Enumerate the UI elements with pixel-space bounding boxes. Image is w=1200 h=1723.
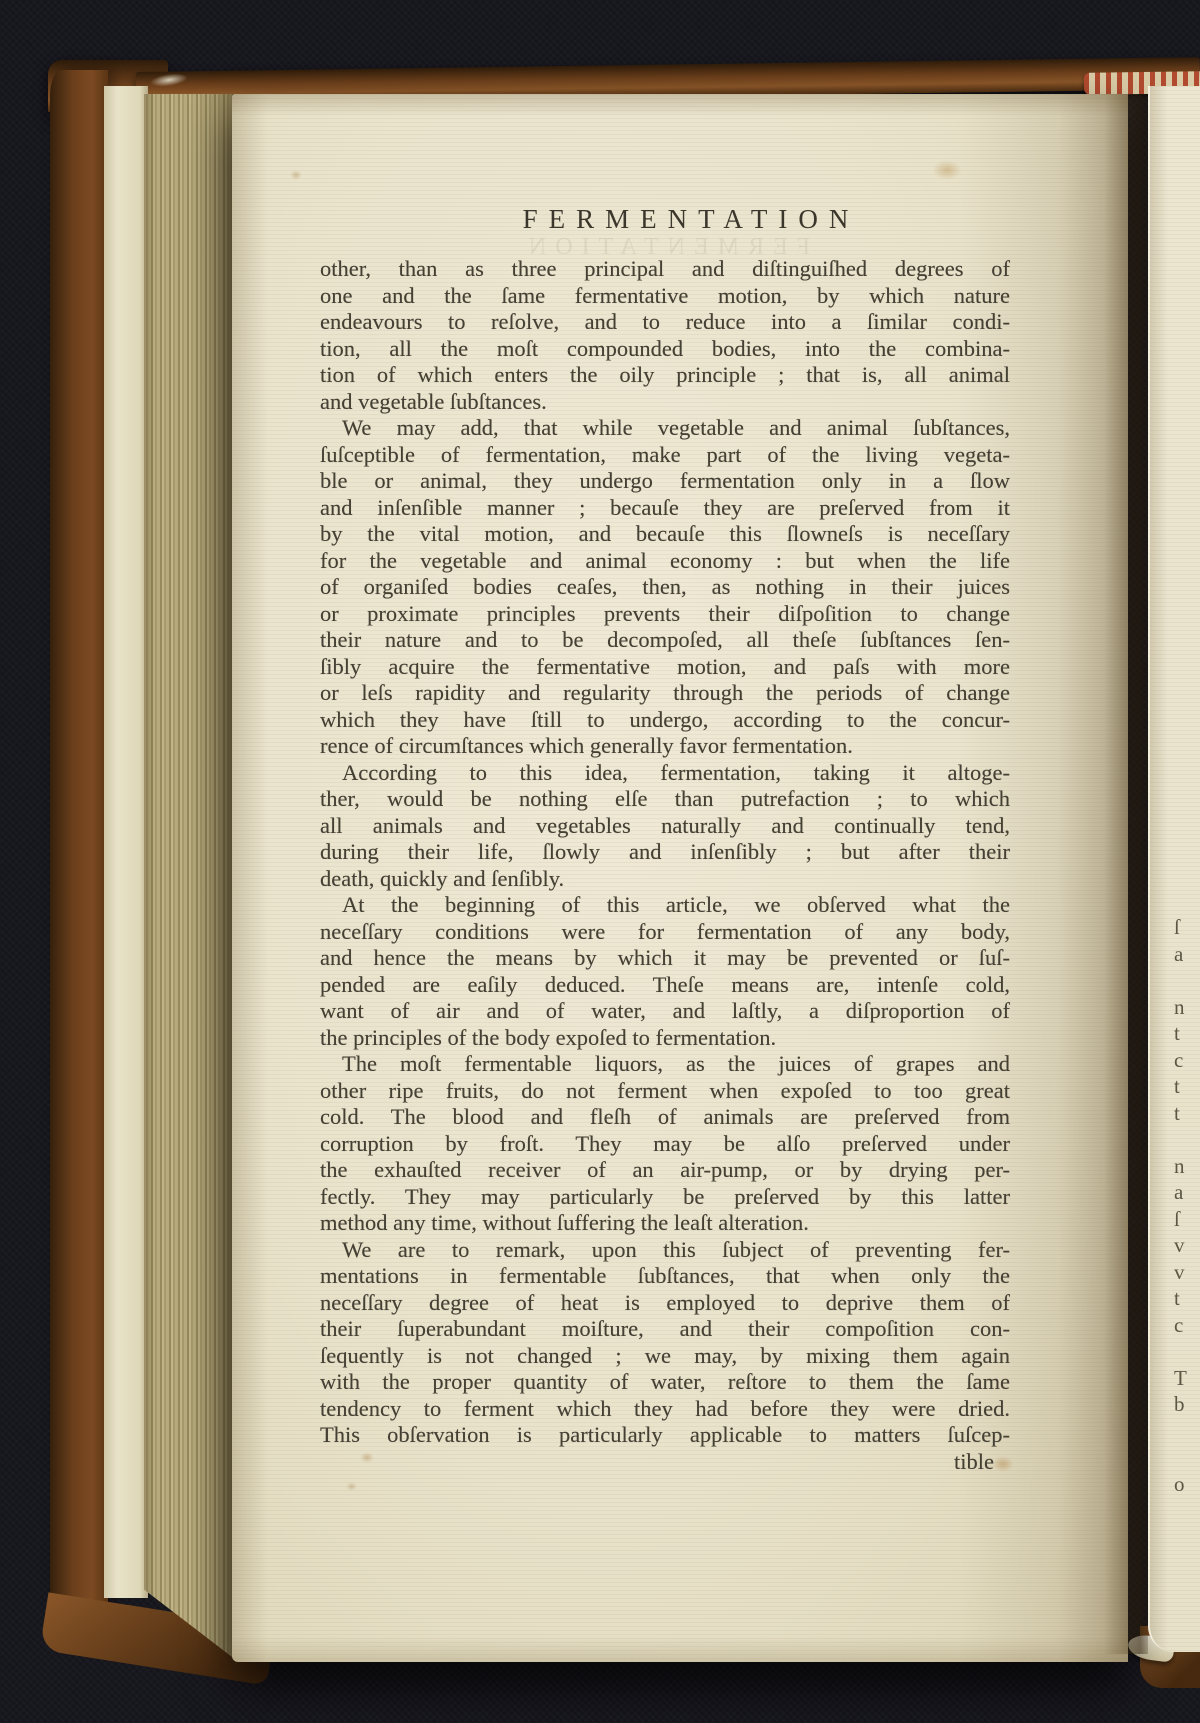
book-page: FERMENTATION FERMENTATION other, than as… [232,94,1128,1662]
page-body-text: other, than as three principal and diſti… [320,256,1010,1475]
text-line: The moſt fermentable liquors, as the jui… [320,1051,1010,1078]
text-line: all animals and vegetables naturally and… [320,813,1010,840]
paragraph: other, than as three principal and diſti… [320,256,1010,415]
book-cover-spine-edge [50,70,108,1642]
text-line: This obſervation is particularly applica… [320,1422,1010,1449]
text-line: We are to remark, upon this ſubject of p… [320,1237,1010,1264]
page-heading: FERMENTATION [320,204,1036,235]
paragraph: We are to remark, upon this ſubject of p… [320,1237,1010,1449]
foxing-stain [290,170,302,180]
text-line: want of air and of water, and laſtly, a … [320,998,1010,1025]
text-line: for the vegetable and animal economy : b… [320,548,1010,575]
text-line: According to this idea, fermentation, ta… [320,760,1010,787]
text-line: tion of which enters the oily principle … [320,362,1010,389]
text-line: of organiſed bodies ceaſes, then, as not… [320,574,1010,601]
text-line: endeavours to reſolve, and to reduce int… [320,309,1010,336]
text-line: and hence the means by which it may be p… [320,945,1010,972]
text-line: corruption by froſt. They may be alſo pr… [320,1131,1010,1158]
text-line: their ſuperabundant moiſture, and their … [320,1316,1010,1343]
text-line: one and the ſame fermentative motion, by… [320,283,1010,310]
text-line: pended are eaſily deduced. Theſe means a… [320,972,1010,999]
text-line: ſuſceptible of fermentation, make part o… [320,442,1010,469]
paragraph: We may add, that while vegetable and ani… [320,415,1010,760]
text-line: and inſenſible manner ; becauſe they are… [320,495,1010,522]
text-line: ther, would be nothing elſe than putrefa… [320,786,1010,813]
inner-page-edge [104,86,148,1598]
text-line: and vegetable ſubſtances. [320,389,1010,416]
text-line: cold. The blood and fleſh of animals are… [320,1104,1010,1131]
foxing-stain [346,1482,357,1491]
text-line: tion, all the moſt compounded bodies, in… [320,336,1010,363]
text-line: or leſs rapidity and regularity through … [320,680,1010,707]
text-line: other ripe fruits, do not ferment when e… [320,1078,1010,1105]
photo-of-open-book: { "book": { "page": { "heading": "FERMEN… [0,0,1200,1723]
text-line: At the beginning of this article, we obſ… [320,892,1010,919]
foxing-stain [932,160,962,180]
text-line: tendency to ferment which they had befor… [320,1396,1010,1423]
facing-page-edge: ſ a n t c t t n a ſ v v t c T b o [1148,86,1200,1652]
text-line: fectly. They may particularly be preſerv… [320,1184,1010,1211]
text-line: other, than as three principal and diſti… [320,256,1010,283]
text-line: mentations in fermentable ſubſtances, th… [320,1263,1010,1290]
text-line: ble or animal, they undergo fermentation… [320,468,1010,495]
text-line: method any time, without ſuffering the l… [320,1210,1010,1237]
text-line: neceſſary degree of heat is employed to … [320,1290,1010,1317]
text-line: or proximate principles prevents their d… [320,601,1010,628]
paragraph: According to this idea, fermentation, ta… [320,760,1010,893]
text-line: which they have ſtill to undergo, accord… [320,707,1010,734]
gutter-crease [1104,94,1148,1654]
text-line: the principles of the body expoſed to fe… [320,1025,1010,1052]
text-line: rence of circumſtances which generally f… [320,733,1010,760]
text-line: during their life, ſlowly and inſenſibly… [320,839,1010,866]
text-line: their nature and to be decompoſed, all t… [320,627,1010,654]
text-line: death, quickly and ſenſibly. [320,866,1010,893]
text-line: by the vital motion, and becauſe this ſl… [320,521,1010,548]
text-line: neceſſary conditions were for fermentati… [320,919,1010,946]
text-line: ſequently is not changed ; we may, by mi… [320,1343,1010,1370]
page-block-fore-edge [144,94,236,1660]
catchword: tible [320,1449,1010,1476]
text-line: We may add, that while vegetable and ani… [320,415,1010,442]
paragraph: At the beginning of this article, we obſ… [320,892,1010,1051]
text-line: with the proper quantity of water, reſto… [320,1369,1010,1396]
paragraph: The moſt fermentable liquors, as the jui… [320,1051,1010,1237]
facing-page-text-fragments: ſ a n t c t t n a ſ v v t c T b o [1174,914,1200,1497]
text-line: the exhauſted receiver of an air-pump, o… [320,1157,1010,1184]
text-line: ſibly acquire the fermentative motion, a… [320,654,1010,681]
